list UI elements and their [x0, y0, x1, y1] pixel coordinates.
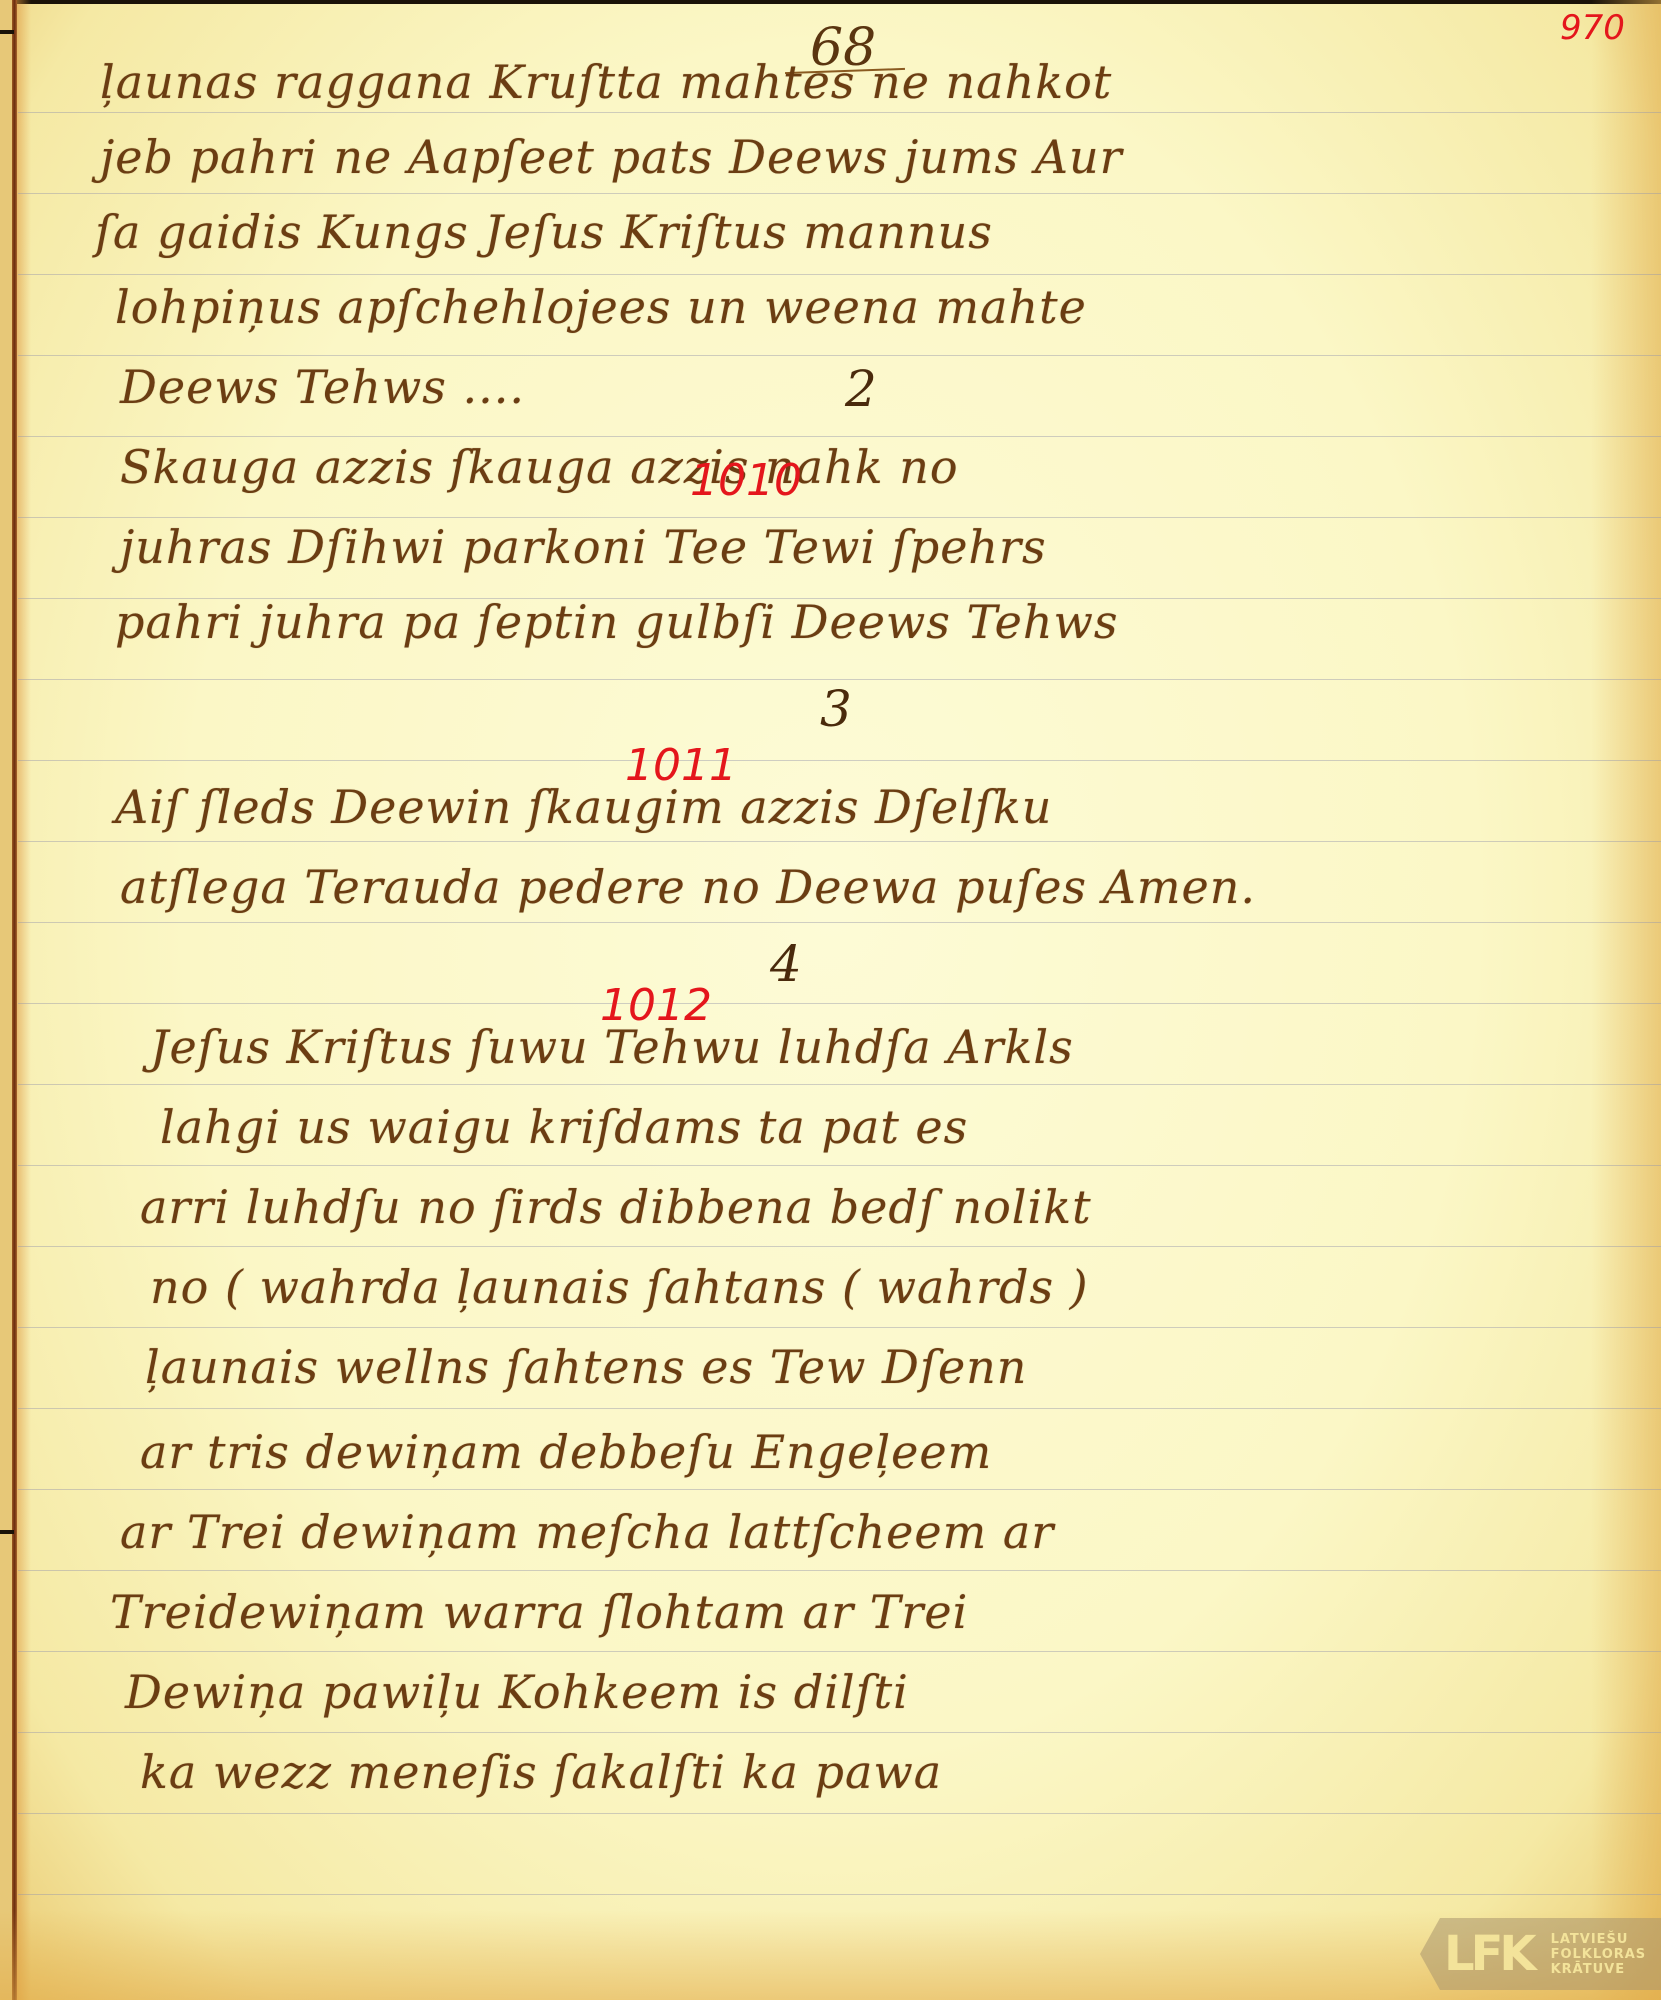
ruled-line [18, 1570, 1661, 1571]
ruled-line [18, 274, 1661, 275]
ruled-line [18, 1327, 1661, 1328]
manuscript-page: 68 970 ļaunas raggana Kruſtta mahtes ne … [0, 0, 1661, 2000]
ruled-line [18, 193, 1661, 194]
manuscript-line: jeb pahri ne Aapſeet pats Deews jums Aur [100, 130, 1123, 184]
catalog-number: 1010 [690, 455, 802, 506]
manuscript-line: Deews Tehws .... [120, 360, 525, 414]
verse-number: 4 [770, 935, 802, 993]
manuscript-line: Aiſ ſleds Deewin ſkaugim azzis Dſelſku [115, 780, 1052, 834]
manuscript-line: atſlega Terauda pedere no Deewa puſes Am… [120, 860, 1256, 914]
manuscript-line: Dewiņa pawiļu Kohkeem is dilſti [125, 1665, 909, 1719]
ruled-line [18, 1408, 1661, 1409]
manuscript-line: Skauga azzis ſkauga azzis nahk no [120, 440, 959, 494]
ruled-line [18, 1084, 1661, 1085]
manuscript-line: lahgi us waigu kriſdams ta pat es [160, 1100, 968, 1154]
logo-line-1: LATVIEŠU [1551, 1932, 1647, 1947]
manuscript-line: arri luhdſu no ſirds dibbena bedſ nolikt [140, 1180, 1092, 1234]
ruled-line [18, 355, 1661, 356]
binding-strip [0, 0, 12, 2000]
catalog-number: 1012 [600, 980, 712, 1031]
page-top-edge [0, 0, 1661, 4]
ruled-line [18, 112, 1661, 113]
ruled-line [18, 1489, 1661, 1490]
manuscript-line: juhras Dſihwi parkoni Tee Tewi ſpehrs [120, 520, 1047, 574]
archive-number: 970 [1560, 8, 1625, 48]
ruled-line [18, 1003, 1661, 1004]
ruled-line [18, 760, 1661, 761]
page-bottom-discoloration [0, 1910, 1661, 2000]
logo-line-3: KRĀTUVE [1551, 1962, 1647, 1977]
manuscript-line: Treidewiņam warra ſlohtam ar Trei [110, 1585, 968, 1639]
ruled-line [18, 1813, 1661, 1814]
logo-line-2: FOLKLORAS [1551, 1947, 1647, 1962]
ruled-line [18, 1246, 1661, 1247]
ruled-line [18, 517, 1661, 518]
ruled-line [18, 1651, 1661, 1652]
verse-number: 2 [845, 360, 877, 418]
page-edge-mark [0, 1530, 14, 1534]
manuscript-line: ļaunais wellns ſahtens es Tew Dſenn [145, 1340, 1027, 1394]
logo-mark-icon: LFK [1444, 1926, 1533, 1982]
ruled-line [18, 436, 1661, 437]
page-edge-discoloration [1591, 0, 1661, 2000]
margin-stain [17, 0, 31, 2000]
manuscript-line: ar Trei dewiņam meſcha lattſcheem ar [120, 1505, 1054, 1559]
ruled-line [18, 841, 1661, 842]
ruled-line [18, 922, 1661, 923]
verse-number: 3 [820, 680, 852, 738]
manuscript-line: ļaunas raggana Kruſtta mahtes ne nahkot [100, 55, 1112, 109]
manuscript-line: ka wezz meneſis ſakalſti ka pawa [140, 1745, 942, 1799]
ruled-line [18, 1165, 1661, 1166]
manuscript-line: pahri juhra pa ſeptin gulbſi Deews Tehws [115, 595, 1118, 649]
manuscript-line: ar tris dewiņam debbeſu Engeļeem [140, 1425, 992, 1479]
catalog-number: 1011 [625, 740, 737, 791]
manuscript-line: no ( wahrda ļaunais ſahtans ( wahrds ) [150, 1260, 1089, 1314]
ruled-line [18, 1732, 1661, 1733]
ruled-line [18, 1894, 1661, 1895]
manuscript-line: lohpiņus apſchehlojees un weena mahte [115, 280, 1087, 334]
logo-text: LATVIEŠU FOLKLORAS KRĀTUVE [1551, 1932, 1647, 1977]
page-edge-mark [0, 30, 14, 34]
manuscript-line: ſa gaidis Kungs Jeſus Kriſtus mannus [95, 205, 993, 259]
archive-logo: LFK LATVIEŠU FOLKLORAS KRĀTUVE [1420, 1918, 1661, 1990]
